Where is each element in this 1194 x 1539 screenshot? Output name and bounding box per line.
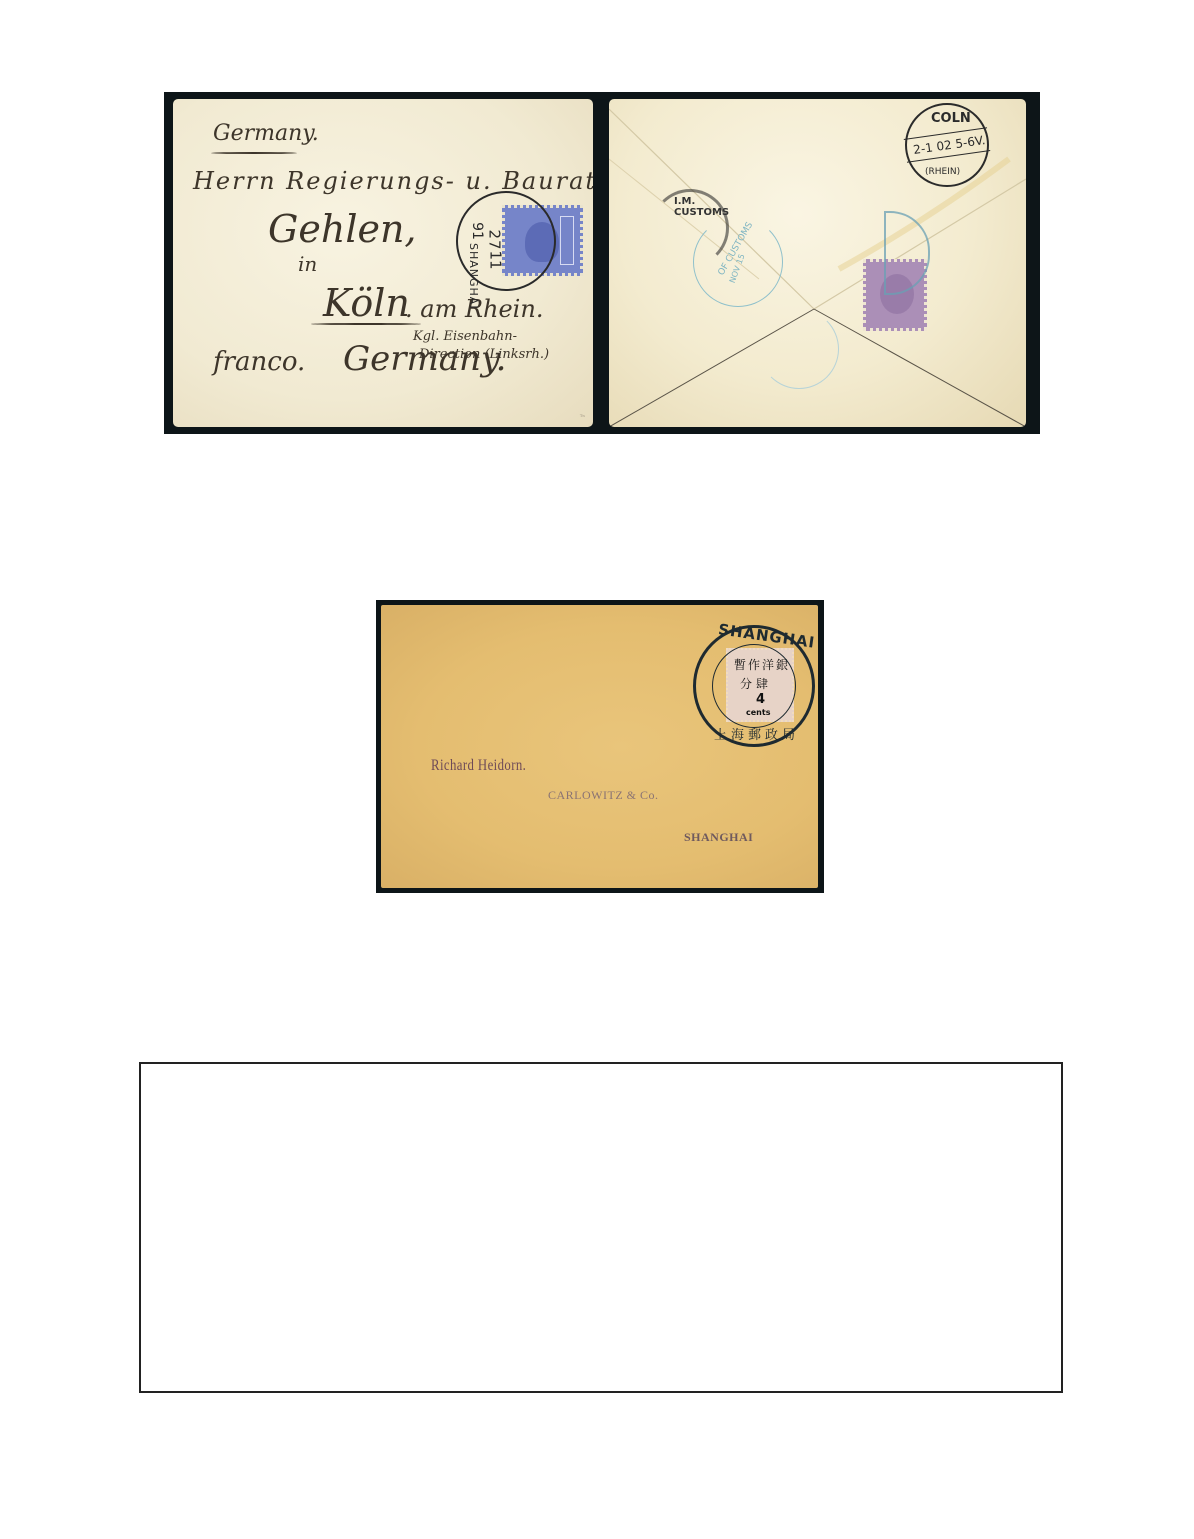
cover-front-photo: Germany. Herrn Regierungs- u. Baurath Ge… <box>164 92 598 434</box>
blue-customs-postmark: OF CUSTOMS NOV 15 <box>693 217 783 307</box>
postmark-chinese-text: 上海郵政局 <box>714 724 799 743</box>
pencil-mark: ᵀⁿ <box>580 414 585 421</box>
handwriting-country: Germany. <box>213 121 319 146</box>
envelope-front: Germany. Herrn Regierungs- u. Baurath Ge… <box>173 99 593 427</box>
underline <box>211 152 297 154</box>
handwriting-addressee-name: Gehlen, <box>268 207 417 251</box>
faint-postmark <box>759 309 839 389</box>
cover-back-photo: COLN 2-1 02 5-6V. (RHEIN) I.M. CUSTOMS O… <box>598 92 1040 434</box>
envelope-back: COLN 2-1 02 5-6V. (RHEIN) I.M. CUSTOMS O… <box>609 99 1026 427</box>
handwriting-franco: franco. <box>213 347 305 377</box>
stamp-frame <box>560 216 574 265</box>
underline <box>311 323 421 325</box>
addressee-city: SHANGHAI <box>684 830 753 845</box>
shanghai-bilingual-postmark: SHANGHAI 上海郵政局 <box>693 625 815 747</box>
handwriting-city: Köln <box>323 281 410 325</box>
postmark-city: SHANGHAI <box>467 243 480 310</box>
addressee-company: CARLOWITZ & Co. <box>548 788 659 803</box>
cover-manila-photo: 暫作洋銀 分肆 4 cents SHANGHAI 上海郵政局 Richard H… <box>376 600 824 893</box>
coln-arrival-postmark: COLN 2-1 02 5-6V. (RHEIN) <box>905 103 989 187</box>
envelope-manila: 暫作洋銀 分肆 4 cents SHANGHAI 上海郵政局 Richard H… <box>381 605 818 888</box>
shanghai-postmark: 91 27 11 SHANGHAI <box>456 191 556 291</box>
handwriting-in: in <box>298 252 317 276</box>
handwriting-addressee-title: Herrn Regierungs- u. Baurath <box>193 167 593 195</box>
caption-box <box>139 1062 1063 1393</box>
handwriting-country-2: Germany. <box>343 339 506 379</box>
addressee-name: Richard Heidorn. <box>431 757 526 775</box>
